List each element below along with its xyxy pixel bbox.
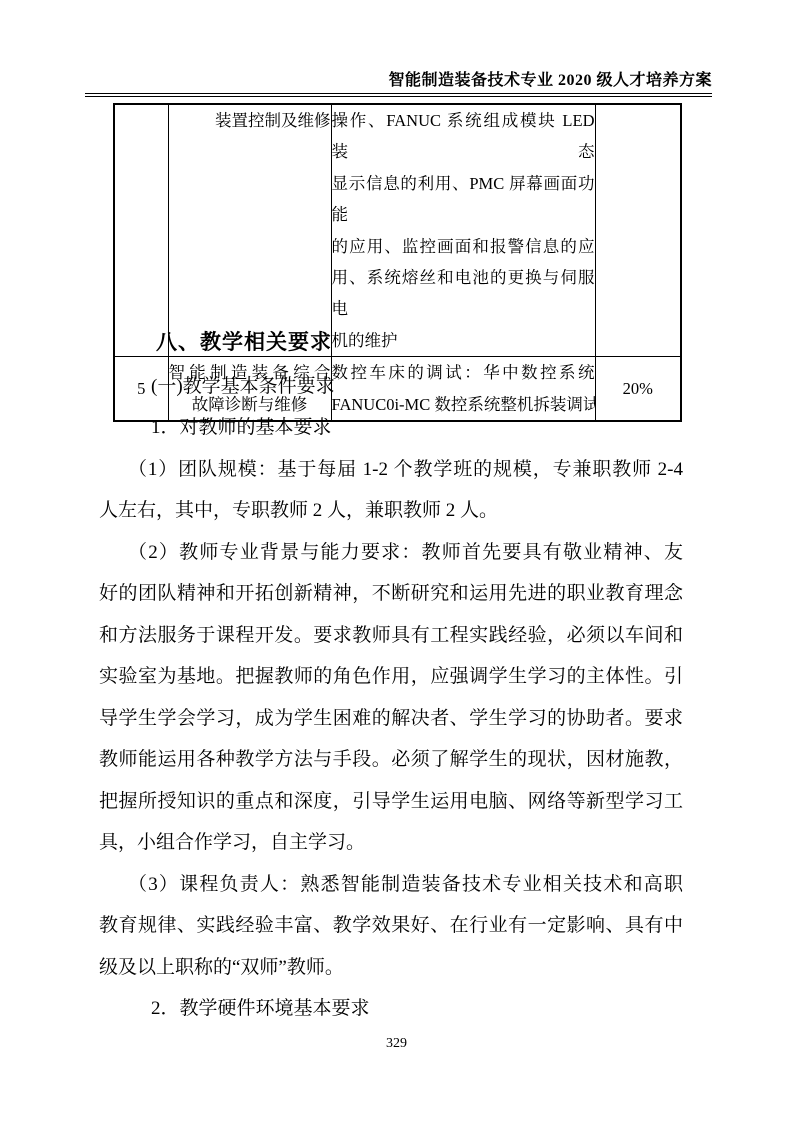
- body-text-line: 和方法服务于课程开发。要求教师具有工程实践经验，必须以车间和: [99, 623, 683, 648]
- course-content-cell: 操作、FANUC 系统组成模块 LED 装态 显示信息的利用、PMC 屏幕画面功…: [331, 104, 595, 357]
- row-index-cell: [114, 104, 168, 357]
- body-text-line: 人左右，其中，专职教师 2 人，兼职教师 2 人。: [99, 498, 683, 523]
- page-number: 329: [0, 1036, 793, 1052]
- body-text-line: （3）课程负责人：熟悉智能制造装备技术专业相关技术和高职: [99, 872, 683, 897]
- body-text-line: 具，小组合作学习，自主学习。: [99, 830, 683, 855]
- content-line: 显示信息的利用、PMC 屏幕画面功能: [332, 168, 595, 231]
- body-text-line: 教师能运用各种教学方法与手段。必须了解学生的现状，因材施教，: [99, 747, 683, 772]
- body-text-line: 教育规律、实践经验丰富、教学效果好、在行业有一定影响、具有中: [99, 913, 683, 938]
- body-text-line: 实验室为基地。把握教师的角色作用，应强调学生学习的主体性。引: [99, 664, 683, 689]
- body-text-line: 级及以上职称的“双师”教师。: [99, 955, 683, 980]
- content-line: 的应用、监控画面和报警信息的应: [332, 231, 595, 262]
- running-header: 智能制造装备技术专业 2020 级人才培养方案: [85, 70, 712, 97]
- percent-cell: [595, 104, 681, 357]
- document-page: 智能制造装备技术专业 2020 级人才培养方案 装置控制及维修 操作、FANUC…: [0, 0, 793, 1122]
- body-text-line: （1）团队规模：基于每届 1-2 个教学班的规模，专兼职教师 2-4: [99, 457, 683, 482]
- course-name-cell: 装置控制及维修: [168, 104, 331, 357]
- body-text-line: 2．教学硬件环境基本要求: [99, 996, 683, 1021]
- header-title: 智能制造装备技术专业 2020 级人才培养方案: [388, 72, 712, 89]
- section-heading: 八、教学相关要求: [99, 330, 683, 356]
- body-text-line: （2）教师专业背景与能力要求：教师首先要具有敬业精神、友: [99, 540, 683, 565]
- course-name: 装置控制及维修: [169, 105, 331, 136]
- body-text-line: (一)教学基本条件要求: [99, 374, 683, 399]
- body-text-line: 导学生学会学习，成为学生困难的解决者、学生学习的协助者。要求: [99, 706, 683, 731]
- body-text-line: 1．对教师的基本要求: [99, 415, 683, 440]
- body-text-line: 好的团队精神和开拓创新精神，不断研究和运用先进的职业教育理念: [99, 581, 683, 606]
- content-line: 操作、FANUC 系统组成模块 LED 装态: [332, 105, 595, 168]
- table-row: 装置控制及维修 操作、FANUC 系统组成模块 LED 装态 显示信息的利用、P…: [114, 104, 681, 357]
- body-text-line: 把握所授知识的重点和深度，引导学生运用电脑、网络等新型学习工: [99, 789, 683, 814]
- content-line: 用、系统熔丝和电池的更换与伺服电: [332, 262, 595, 325]
